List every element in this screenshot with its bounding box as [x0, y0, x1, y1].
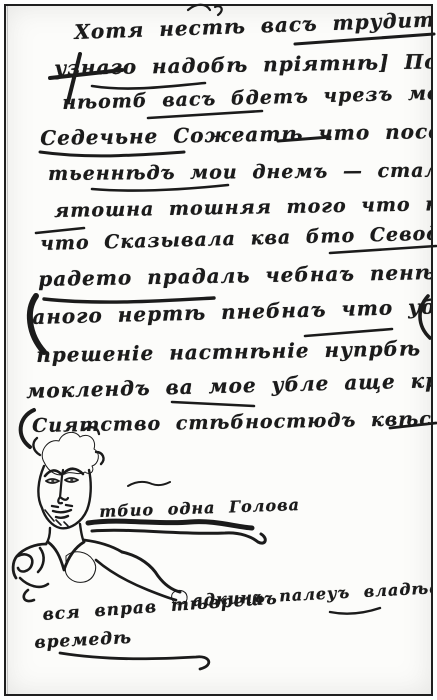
manuscript-page: Хотя нестѣ васъ трудить — узнаго надобѣ …: [0, 0, 437, 700]
manuscript-line: Хотя нестѣ васъ трудить —: [74, 6, 433, 44]
sketch-caption-bottom: времедѣ: [34, 628, 132, 653]
manuscript-line: моклендъ ва мое убле аще крате: [26, 367, 433, 403]
manuscript-line: нѣотб васъ бдетъ чрезъ мои въ: [62, 81, 433, 114]
manuscript-line: аного нертѣ пнебнаъ что убла об: [32, 292, 433, 329]
sketch-caption-bottom: вся вправ тѣврешъ: [42, 589, 278, 625]
manuscript-line: Сиятство стѣбностюдъ квѣсна учити —: [32, 405, 433, 437]
sketch-caption-head: тбио одна Голова: [99, 495, 300, 521]
manuscript-line: тьеннѣдъ мои днемъ — стали Ян: [48, 159, 433, 185]
page-frame-border: Хотя нестѣ васъ трудить — узнаго надобѣ …: [4, 4, 433, 696]
manuscript-line: Седечьне Сожеатѣ что посебреня н: [40, 117, 433, 150]
manuscript-line: прешеніе настнѣніе нупрбѣ: [36, 336, 421, 367]
manuscript-line: ятошна тошняя того что неви Аз: [54, 192, 433, 222]
scan-edge-line: [7, 6, 8, 694]
manuscript-line: радето прадаль чебнаъ пенѣ н: [38, 260, 433, 291]
manuscript-line: что Сказывала ква бто Севодни: [40, 222, 433, 255]
manuscript-line: узнаго надобѣ пріятнѣ] Понеже д: [54, 48, 433, 80]
